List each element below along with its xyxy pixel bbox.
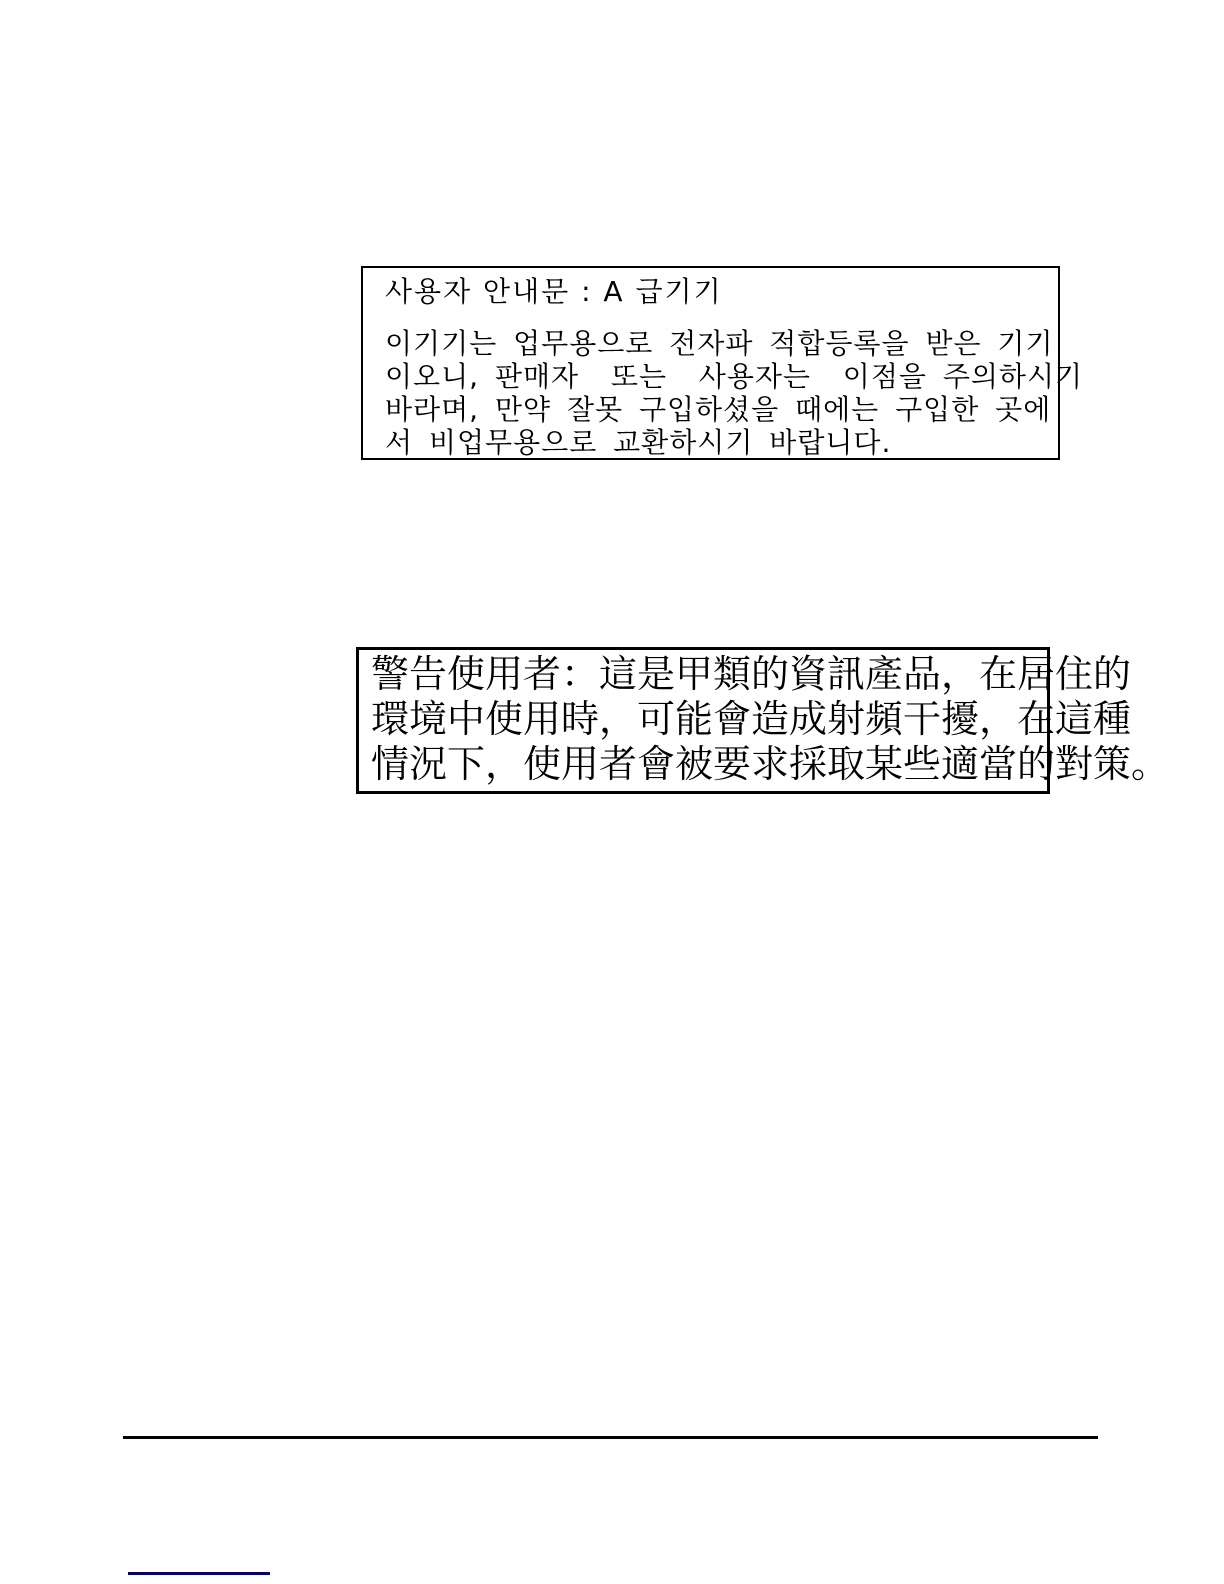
korean-notice-line-1: 이기기는 업무용으로 전자파 적합등록을 받은 기기 (385, 327, 1038, 360)
chinese-class-a-warning-box: 警告使用者：這是甲類的資訊產品，在居住的 環境中使用時，可能會造成射頻干擾，在這… (356, 647, 1050, 794)
chinese-warning-line-3: 情況下，使用者會被要求採取某些適當的對策。 (371, 742, 1037, 787)
korean-notice-line-2: 이오니, 판매자 또는 사용자는 이점을 주의하시기 (385, 360, 1038, 393)
korean-class-a-notice-box: 사용자 안내문 : A 급기기 이기기는 업무용으로 전자파 적합등록을 받은 … (361, 266, 1060, 460)
chinese-warning-line-2: 環境中使用時，可能會造成射頻干擾，在這種 (371, 697, 1037, 742)
korean-notice-body: 이기기는 업무용으로 전자파 적합등록을 받은 기기 이오니, 판매자 또는 사… (385, 327, 1038, 459)
footer-divider-rule (123, 1436, 1098, 1439)
footer-link-underline[interactable] (128, 1572, 270, 1575)
chinese-warning-line-1: 警告使用者：這是甲類的資訊產品，在居住的 (371, 652, 1037, 697)
document-page: 사용자 안내문 : A 급기기 이기기는 업무용으로 전자파 적합등록을 받은 … (0, 0, 1224, 1584)
korean-notice-line-3: 바라며, 만약 잘못 구입하셨을 때에는 구입한 곳에 (385, 393, 1038, 426)
korean-notice-title: 사용자 안내문 : A 급기기 (385, 277, 1038, 307)
korean-notice-line-4: 서 비업무용으로 교환하시기 바랍니다. (385, 426, 1038, 459)
